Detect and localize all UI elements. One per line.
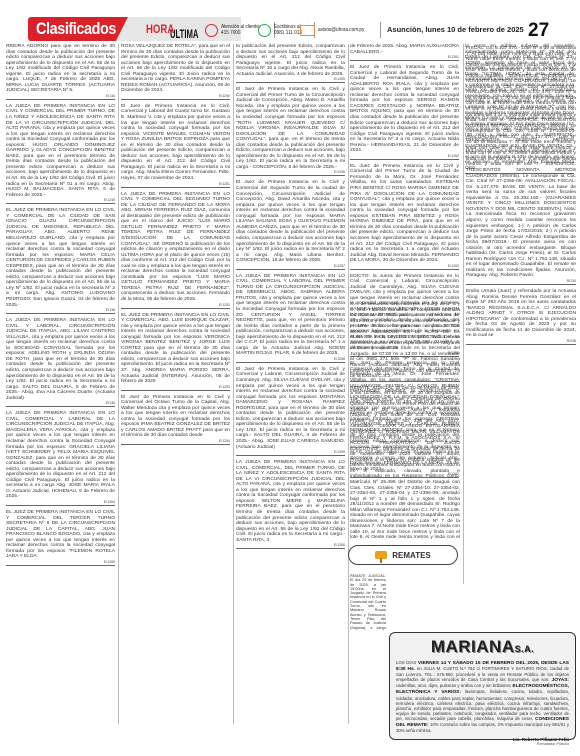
notice-text: S.A. de inmueble. Ordenado por el Juzg. … bbox=[350, 302, 460, 380]
notice-code: E/1252 bbox=[121, 303, 230, 307]
contact-whatsapp-number: 0981 111 013 bbox=[274, 30, 302, 36]
notice-text: El Juez de Primera Instancia en lo Civil… bbox=[121, 395, 230, 439]
auction-notice: S.A. de inmueble. Ordenado por el Juzg. … bbox=[350, 300, 460, 382]
notice-code: E/1256 bbox=[236, 170, 345, 174]
section-title: Clasificados bbox=[36, 19, 116, 39]
remates-section-badge: REMATES bbox=[348, 545, 458, 565]
mariana-logo: MARIANAS.A. bbox=[396, 637, 569, 657]
legal-notice: El Juez de Primera Instancia en lo Civil… bbox=[350, 63, 459, 160]
notice-code: R/234 bbox=[466, 279, 576, 283]
category-jewelry: JOYAS: bbox=[552, 678, 569, 683]
notice-text: LA JUEZA DE PRIMERA INSTANCIA EN LO CIVI… bbox=[121, 192, 230, 303]
legal-notice: El Juez de Primera Instancia en lo Civil… bbox=[236, 365, 345, 456]
legal-notice: LA JUEZA DE PRIMERA INSTANCIA EN LO CIVI… bbox=[6, 409, 115, 506]
notice-text: Emilio Urrutia (Juez) y refrendada por l… bbox=[466, 289, 576, 339]
legal-notice: El Juez de Primera Instancia en lo Civil… bbox=[236, 178, 345, 269]
notice-text: LA JUEZA DE PRIMERA INSTANCIA EN LO CIVI… bbox=[236, 274, 345, 357]
notice-text: EL Juez de Primera Instancia en lo Civil… bbox=[350, 164, 459, 264]
legal-notice: ROSA VELAZQUEZ DE ROTELA", para que en e… bbox=[121, 42, 230, 100]
contact-email-address[interactable]: avisos@uhora.com.py bbox=[318, 27, 364, 33]
notice-text: LA JUEZA DE PRIMERA INSTANCIA EN LO CIVI… bbox=[6, 318, 115, 401]
mariana-auction-ad: MARIANAS.A. LOS DÍAS VIERNES 14 Y SÁBADO… bbox=[389, 632, 576, 740]
notice-text: la publicación del presente Edicto, comp… bbox=[236, 44, 345, 77]
column-3: la publicación del presente Edicto, comp… bbox=[236, 42, 345, 722]
notice-code: E/1253 bbox=[121, 385, 230, 389]
legal-notice: LA JUEZA DE PRIMERA INSTANCIA EN LO CIVI… bbox=[121, 190, 230, 309]
notice-code: E/1260 bbox=[236, 543, 345, 547]
ad-location: en JULIA M. CUETO N.º 762 c/ FORTINARES … bbox=[396, 666, 569, 682]
column-5-lower: S.A. de inmueble. Ordenado por el Juzg. … bbox=[350, 300, 460, 540]
notice-code: E/1255 bbox=[236, 77, 345, 81]
mariana-logo-text: MARIANA bbox=[431, 637, 515, 656]
notice-code: E/138 bbox=[6, 308, 115, 312]
notice-code: E/1258 bbox=[236, 357, 345, 361]
page-header: ULTIMAHORA Clasificados Atención al clie… bbox=[0, 0, 580, 42]
section-title-banner: Clasificados bbox=[28, 17, 128, 41]
contact-phone-number: 415 7000 bbox=[221, 30, 260, 36]
auction-notice: REMATE JUDICIAL: El día 20 de febrero de… bbox=[350, 384, 460, 540]
notice-text: RREIRA ADORNO para que en termino de 30 … bbox=[6, 44, 115, 94]
notice-code: E/135 bbox=[6, 401, 115, 405]
jewelry-items: cadenillas, aros, dijes, pulseras y anil… bbox=[396, 683, 511, 688]
notice-code: R/236 bbox=[466, 339, 576, 343]
legal-notice: El Juez de Primera Instancia en lo Civil… bbox=[121, 102, 230, 188]
column-2: ROSA VELAZQUEZ DE ROTELA", para que en e… bbox=[121, 42, 230, 722]
notice-code: E/1257 bbox=[236, 264, 345, 268]
legal-notice: EL JUEZ DE PRIMERA INSTANCIA EN LO CIVIL… bbox=[121, 311, 230, 391]
page-number: 27 bbox=[528, 20, 549, 42]
notice-code: E/1259 bbox=[236, 450, 345, 454]
legal-notice: LA JUEZA DE PRIMERA INSTANCIA EN LO CIVI… bbox=[236, 272, 345, 363]
notice-text: El Juez de Primera Instancia en lo Civil… bbox=[236, 87, 345, 170]
remates-label: REMATES bbox=[392, 551, 431, 560]
legal-notice: EL Juez de Primera Instancia en lo Civil… bbox=[350, 162, 459, 270]
gavel-icon bbox=[375, 551, 387, 559]
notice-text: de Febrero de 2025. Abog. MARIA AUXILIAD… bbox=[350, 44, 459, 55]
notice-code: E/1262 bbox=[350, 154, 459, 158]
legal-notice: EL JUEZ DE PRIMERA INSTANCIA EN LO CIVIL… bbox=[6, 206, 115, 314]
issue-date: Asunción, lunes 10 de febrero de 2025 bbox=[387, 25, 524, 34]
logo-ultima: ULTIMA bbox=[170, 27, 198, 41]
contact-email: avisos@uhora.com.py bbox=[300, 20, 381, 40]
auction-notice: REMATE JUDICIAL: El día 20 de febrero de… bbox=[350, 572, 386, 630]
notice-text: El Juez de Primera Instancia en lo Civil… bbox=[121, 104, 230, 182]
notice-text: REMATE JUDICIAL: El día 20 de febrero de… bbox=[350, 386, 460, 540]
legal-notice: LA JUEZA DE PRIMERA INSTANCIA EN LO CIVI… bbox=[6, 102, 115, 204]
notice-text: El Juez de Primera Instancia en lo Civil… bbox=[350, 65, 459, 154]
auctioneer-title: Rematador Público bbox=[396, 742, 569, 746]
legal-notice: El Juez de Primera Instancia en lo Civil… bbox=[236, 85, 345, 176]
notice-code: E/1250 bbox=[121, 94, 230, 98]
notice-text: LA JUEZA DE PRIMERA INSTANCIA EN LO CIVI… bbox=[6, 411, 115, 500]
mariana-ad-body: LOS DÍAS VIERNES 14 Y SÁBADO 15 DE FEBRE… bbox=[396, 660, 569, 733]
mariana-logo-suffix: S.A. bbox=[515, 644, 535, 654]
notice-text: REMATE JUDICIAL: El día 20 de febrero de… bbox=[350, 574, 386, 630]
notice-code: E/1249 bbox=[6, 198, 115, 202]
legal-notice: LA JUEZA DE PRIMERA INSTANCIA EN LO CIVI… bbox=[236, 458, 345, 549]
legal-notice: de Febrero de 2025. Abog. MARIA AUXILIAD… bbox=[350, 42, 459, 61]
envelope-icon bbox=[300, 25, 315, 36]
notice-text: ROSA VELAZQUEZ DE ROTELA", para que en e… bbox=[121, 44, 230, 94]
column-1: RREIRA ADORNO para que en termino de 30 … bbox=[6, 42, 115, 722]
whatsapp-icon bbox=[258, 24, 271, 37]
notice-code: E/1264 bbox=[6, 500, 115, 504]
notice-code: E/134 bbox=[6, 94, 115, 98]
legal-notice: El Juez de Primera Instancia en lo Civil… bbox=[121, 393, 230, 445]
section-brand: ULTIMAHORA Clasificados bbox=[28, 17, 233, 41]
notice-text: EL JUEZ DE PRIMERA INSTANCIA EN LO CIVIL… bbox=[6, 208, 115, 308]
phone-icon bbox=[205, 24, 218, 37]
notice-code: E/1254 bbox=[121, 439, 230, 443]
legal-notice: RREIRA ADORNO para que en termino de 30 … bbox=[6, 42, 115, 100]
notice-code: E/1265 bbox=[6, 560, 115, 564]
notice-code: E/1251 bbox=[121, 182, 230, 186]
divider bbox=[380, 22, 381, 38]
auction-notice: FISCAL: Gs. 5.137.470.- Lote Nº 8 de la … bbox=[466, 44, 576, 285]
notice-code: E/1263 bbox=[350, 264, 459, 268]
notice-code: E/1261 bbox=[350, 55, 459, 59]
notice-text: LA JUEZA DE PRIMERA INSTANCIA EN LO CIVI… bbox=[6, 104, 115, 198]
notice-text: LA JUEZA DE PRIMERA INSTANCIA EN LO CIVI… bbox=[236, 460, 345, 543]
column-4-bottom: REMATE JUDICIAL: El día 20 de febrero de… bbox=[350, 572, 386, 630]
auction-notice: Emilio Urrutia (Juez) y refrendada por l… bbox=[466, 287, 576, 345]
legal-notice: la publicación del presente Edicto, comp… bbox=[236, 42, 345, 83]
notice-text: FISCAL: Gs. 5.137.470.- Lote Nº 8 de la … bbox=[466, 46, 576, 279]
legal-notice: LA JUEZA DE PRIMERA INSTANCIA EN LO CIVI… bbox=[6, 316, 115, 407]
notice-text: El Juez de Primera Instancia en lo Civil… bbox=[236, 367, 345, 450]
notice-text: EL JUEZ DE PRIMERA INSTANCIA EN LO CIVIL… bbox=[121, 313, 230, 385]
notice-text: El Juez de Primera Instancia en lo Civil… bbox=[236, 180, 345, 263]
column-6: FISCAL: Gs. 5.137.470.- Lote Nº 8 de la … bbox=[466, 44, 576, 624]
notice-text: EL JUEZ DE PRIMERA INSTANCIA EN LO CIVIL… bbox=[6, 510, 115, 560]
ad-intro: LOS DÍAS bbox=[396, 660, 416, 665]
legal-notice: EL JUEZ DE PRIMERA INSTANCIA EN LO CIVIL… bbox=[6, 508, 115, 566]
